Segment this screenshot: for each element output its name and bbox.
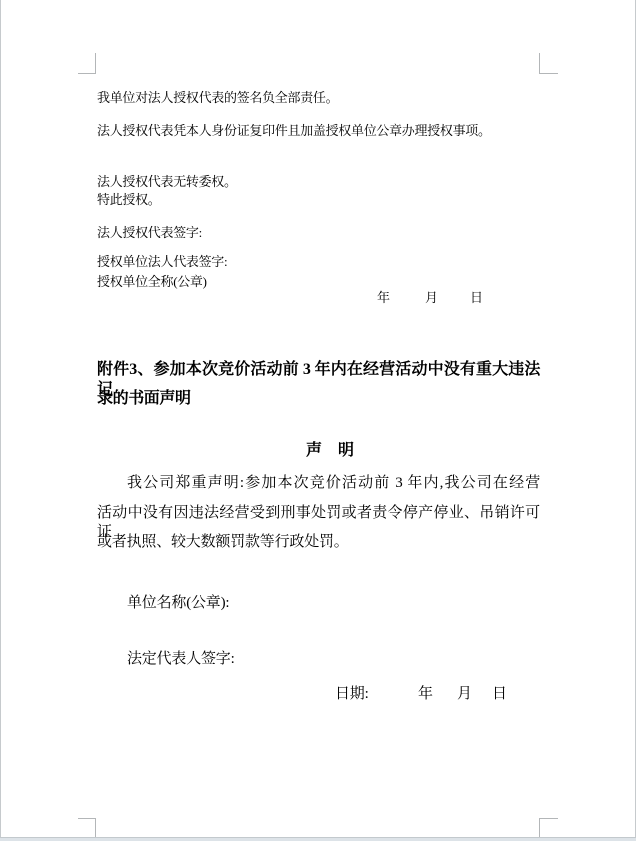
statement-paragraph-line1: 我公司郑重声明:参加本次竞价活动前 3 年内,我公司在经营 — [127, 474, 540, 493]
auth-date-day: 日 — [470, 290, 483, 306]
auth-legal-person-signature-label: 授权单位法人代表签字: — [97, 254, 227, 270]
statement-legal-rep-signature-label: 法定代表人签字: — [127, 650, 235, 669]
statement-date-line: 日期: 年 月 日 — [0, 685, 636, 705]
attachment3-heading-line2: 录的书面声明 — [97, 389, 191, 409]
auth-no-subdelegation-line: 法人授权代表无转委权。 — [97, 174, 237, 190]
auth-date-month: 月 — [425, 290, 438, 306]
auth-representative-signature-label: 法人授权代表签字: — [97, 225, 202, 241]
statement-date-label: 日期: — [335, 685, 369, 704]
auth-date-year: 年 — [377, 290, 390, 306]
auth-responsibility-line: 我单位对法人授权代表的签名负全部责任。 — [97, 90, 338, 106]
statement-paragraph-line3: 或者执照、较大数额罚款等行政处罚。 — [97, 533, 349, 552]
margin-crop-mark-bottom-left — [78, 818, 96, 837]
word-document-page: 我单位对法人授权代表的签名负全部责任。 法人授权代表凭本人身份证复印件且加盖授权… — [0, 0, 636, 841]
statement-date-year: 年 — [418, 685, 433, 704]
statement-title: 声 明 — [306, 441, 354, 461]
margin-crop-mark-top-left — [78, 53, 96, 74]
auth-unit-full-name-label: 授权单位全称(公章) — [97, 274, 207, 290]
statement-date-day: 日 — [492, 685, 507, 704]
auth-id-copy-line: 法人授权代表凭本人身份证复印件且加盖授权单位公章办理授权事项。 — [97, 123, 491, 139]
statement-date-month: 月 — [457, 685, 472, 704]
page-bottom-gap — [0, 837, 636, 841]
margin-crop-mark-bottom-right — [539, 818, 558, 837]
margin-crop-mark-top-right — [539, 53, 558, 74]
auth-hereby-line: 特此授权。 — [97, 192, 161, 208]
auth-date-line: 年 月 日 — [0, 290, 636, 308]
statement-unit-name-label: 单位名称(公章): — [127, 594, 229, 613]
